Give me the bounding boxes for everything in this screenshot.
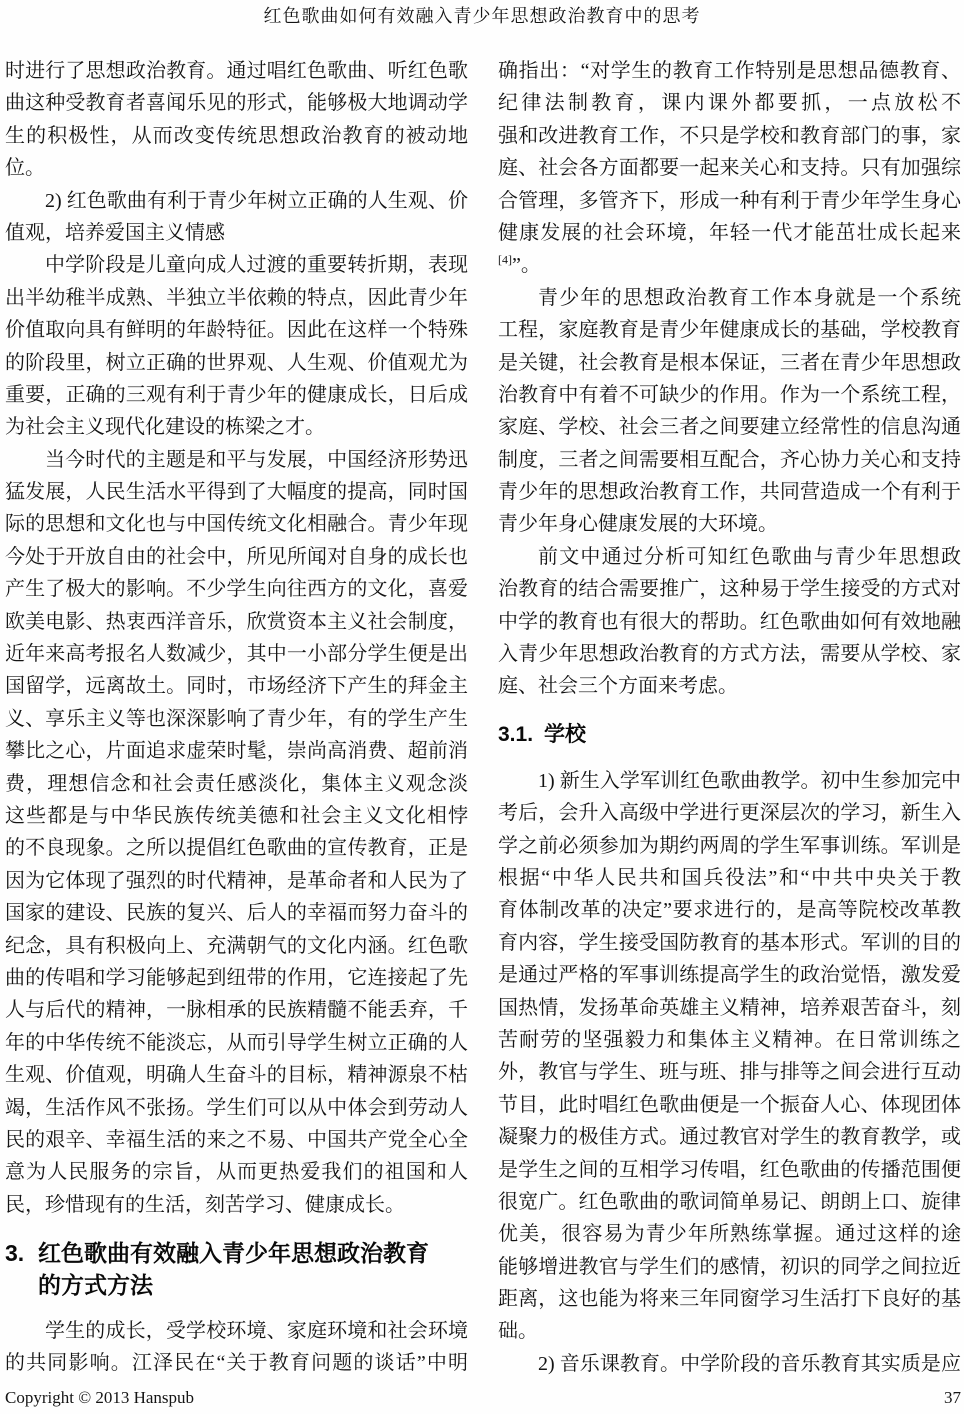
text-line: 纪律法制教育，课内课外都要抓，一点放松不得”，“加 (498, 87, 961, 119)
text-line: 学生的成长，受学校环境、家庭环境和社会环境 (5, 1315, 468, 1347)
text-line: 近年来高考报名人数减少，其中一小部分学生便是出 (5, 638, 468, 670)
text-line: 竭，生活作风不张扬。学生们可以从中体会到劳动人 (5, 1092, 468, 1124)
text-line: 学之前必须参加为期约两周的学生军事训练。军训是 (498, 830, 961, 862)
text-line: 入青少年思想政治教育的方式方法，需要从学校、家 (498, 638, 961, 670)
text-line: 1) 新生入学军训红色歌曲教学。初中生参加完中 (498, 765, 961, 797)
text-line: 曲的传唱和学习能够起到纽带的作用，它连接起了先 (5, 962, 468, 994)
text-line: 年的中华传统不能淡忘，从而引导学生树立正确的人 (5, 1027, 468, 1059)
paragraph: 学生的成长，受学校环境、家庭环境和社会环境的共同影响。江泽民在“关于教育问题的谈… (5, 1315, 468, 1380)
citation-reference: [4] (498, 253, 512, 267)
text-line: 能够增进教官与学生们的感情，初识的同学之间拉近 (498, 1251, 961, 1283)
text-line: 2) 音乐课教育。中学阶段的音乐教育其实质是应 (498, 1348, 961, 1380)
page-number: 37 (944, 1388, 961, 1408)
text-line: 考后，会升入高级中学进行更深层次的学习，新生入 (498, 797, 961, 829)
copyright-notice: Copyright © 2013 Hanspub (5, 1388, 194, 1408)
text-line: 的不良现象。之所以提倡红色歌曲的宣传教育，正是 (5, 832, 468, 864)
section-title-line: 红色歌曲有效融入青少年思想政治教育 (38, 1237, 429, 1269)
text-line: 是学生之间的互相学习传唱，红色歌曲的传播范围便 (498, 1154, 961, 1186)
text-line: 纪念，具有积极向上、充满朝气的文化内涵。红色歌 (5, 930, 468, 962)
text-line: 民，珍惜现有的生活，刻苦学习、健康成长。 (5, 1189, 468, 1221)
text-line: 猛发展，人民生活水平得到了大幅度的提高，同时国 (5, 476, 468, 508)
text-line: 际的思想和文化也与中国传统文化相融合。青少年现 (5, 508, 468, 540)
text-line: 民的艰辛、幸福生活的来之不易、中国共产党全心全 (5, 1124, 468, 1156)
paragraph: 2) 音乐课教育。中学阶段的音乐教育其实质是应 (498, 1348, 961, 1380)
text-line: [4]”。 (498, 249, 961, 281)
text-line: 中学的教育也有很大的帮助。红色歌曲如何有效地融 (498, 606, 961, 638)
paragraph: 前文中通过分析可知红色歌曲与青少年思想政治教育的结合需要推广，这种易于学生接受的… (498, 541, 961, 703)
text-line: 外，教官与学生、班与班、排与排等之间会进行互动 (498, 1056, 961, 1088)
paragraph: 2) 红色歌曲有利于青少年树立正确的人生观、价值观，培养爱国主义情感 (5, 185, 468, 250)
text-line: 育体制改革的决定”要求进行的，是高等院校改革教 (498, 894, 961, 926)
text-line: 出半幼稚半成熟、半独立半依赖的特点，因此青少年 (5, 282, 468, 314)
text-line: 欧美电影、热衷西洋音乐，欣赏资本主义社会制度， (5, 606, 468, 638)
paper-page: 红色歌曲如何有效融入青少年思想政治教育中的思考 时进行了思想政治教育。通过唱红色… (0, 0, 964, 1414)
text-line: 当今时代的主题是和平与发展，中国经济形势迅 (5, 444, 468, 476)
left-column: 时进行了思想政治教育。通过唱红色歌曲、听红色歌曲这种受教育者喜闻乐见的形式，能够… (5, 55, 468, 1380)
text-line: 曲这种受教育者喜闻乐见的形式，能够极大地调动学 (5, 87, 468, 119)
text-line: 因为它体现了强烈的时代精神，是革命者和人民为了 (5, 865, 468, 897)
text-line: 产生了极大的影响。不少学生向往西方的文化，喜爱 (5, 573, 468, 605)
section-number: 3. (5, 1237, 38, 1301)
running-head-title: 红色歌曲如何有效融入青少年思想政治教育中的思考 (0, 0, 964, 27)
text-line: 位。 (5, 152, 468, 184)
section-heading: 3.1.学校 (498, 722, 961, 748)
text-line: 根据“中华人民共和国兵役法”和“中共中央关于教 (498, 862, 961, 894)
section-title: 红色歌曲有效融入青少年思想政治教育的方式方法 (38, 1237, 429, 1301)
paragraph: 1) 新生入学军训红色歌曲教学。初中生参加完中考后，会升入高级中学进行更深层次的… (498, 765, 961, 1348)
section-title: 学校 (544, 722, 586, 748)
text-line: 费，理想信念和社会责任感淡化，集体主义观念淡漠。 (5, 768, 468, 800)
text-line: 苦耐劳的坚强毅力和集体主义精神。在日常训练之 (498, 1024, 961, 1056)
text-line: 合管理，多管齐下，形成一种有利于青少年学生身心 (498, 185, 961, 217)
text-line: 青少年的思想政治教育工作本身就是一个系统 (498, 282, 961, 314)
text-line: 青少年的思想政治教育工作，共同营造成一个有利于 (498, 476, 961, 508)
text-line: 健康发展的社会环境，年轻一代才能茁壮成长起来 (498, 217, 961, 249)
text-line: 础。 (498, 1315, 961, 1347)
text-line: 国留学，远离故土。同时，市场经济下产生的拜金主 (5, 670, 468, 702)
text-line: 值观，培养爱国主义情感 (5, 217, 468, 249)
text-line: 国热情，发扬革命英雄主义精神，培养艰苦奋斗，刻 (498, 992, 961, 1024)
text-line: 2) 红色歌曲有利于青少年树立正确的人生观、价 (5, 185, 468, 217)
text-line: 很宽广。红色歌曲的歌词简单易记、朗朗上口、旋律 (498, 1186, 961, 1218)
text-line: 青少年身心健康发展的大环境。 (498, 508, 961, 540)
text-line: 人与后代的精神，一脉相承的民族精髓不能丢弃，千 (5, 994, 468, 1026)
text-line: 强和改进教育工作，不只是学校和教育部门的事，家 (498, 120, 961, 152)
paragraph: 确指出：“对学生的教育工作特别是思想品德教育、纪律法制教育，课内课外都要抓，一点… (498, 55, 961, 282)
text-line: 是通过严格的军事训练提高学生的政治觉悟，激发爱 (498, 959, 961, 991)
right-column: 确指出：“对学生的教育工作特别是思想品德教育、纪律法制教育，课内课外都要抓，一点… (498, 55, 961, 1380)
section-heading: 3.红色歌曲有效融入青少年思想政治教育的方式方法 (5, 1237, 468, 1301)
text-line: 治教育的结合需要推广，这种易于学生接受的方式对 (498, 573, 961, 605)
text-line: 的阶段里，树立正确的世界观、人生观、价值观尤为 (5, 347, 468, 379)
text-line: 国家的建设、民族的复兴、后人的幸福而努力奋斗的 (5, 897, 468, 929)
text-line: 价值取向具有鲜明的年龄特征。因此在这样一个特殊 (5, 314, 468, 346)
text-line: 生观、价值观，明确人生奋斗的目标，精神源泉不枯 (5, 1059, 468, 1091)
text-line: 重要，正确的三观有利于青少年的健康成长，日后成 (5, 379, 468, 411)
text-line: 工程，家庭教育是青少年健康成长的基础，学校教育 (498, 314, 961, 346)
section-number: 3.1. (498, 722, 544, 748)
two-column-body: 时进行了思想政治教育。通过唱红色歌曲、听红色歌曲这种受教育者喜闻乐见的形式，能够… (0, 55, 964, 1380)
text-line: 攀比之心，片面追求虚荣时髦，崇尚高消费、超前消 (5, 735, 468, 767)
text-line: 确指出：“对学生的教育工作特别是思想品德教育、 (498, 55, 961, 87)
text-line: 优美，很容易为青少年所熟练掌握。通过这样的途径， (498, 1218, 961, 1250)
page-footer: Copyright © 2013 Hanspub 37 (5, 1388, 961, 1408)
text-line: 今处于开放自由的社会中，所见所闻对自身的成长也 (5, 541, 468, 573)
text-line: 的共同影响。江泽民在“关于教育问题的谈话”中明 (5, 1347, 468, 1379)
text-line: 庭、社会各方面都要一起来关心和支持。只有加强综 (498, 152, 961, 184)
paragraph: 中学阶段是儿童向成人过渡的重要转折期，表现出半幼稚半成熟、半独立半依赖的特点，因… (5, 249, 468, 443)
text-line: 距离，这也能为将来三年同窗学习生活打下良好的基 (498, 1283, 961, 1315)
section-title-line: 学校 (544, 722, 586, 748)
text-line: 治教育中有着不可缺少的作用。作为一个系统工程， (498, 379, 961, 411)
paragraph: 时进行了思想政治教育。通过唱红色歌曲、听红色歌曲这种受教育者喜闻乐见的形式，能够… (5, 55, 468, 185)
text-line: 这些都是与中华民族传统美德和社会主义文化相悖 (5, 800, 468, 832)
text-line: 为社会主义现代化建设的栋梁之才。 (5, 411, 468, 443)
text-line: 中学阶段是儿童向成人过渡的重要转折期，表现 (5, 249, 468, 281)
text-line: 生的积极性，从而改变传统思想政治教育的被动地 (5, 120, 468, 152)
text-line: 庭、社会三个方面来考虑。 (498, 670, 961, 702)
paragraph: 当今时代的主题是和平与发展，中国经济形势迅猛发展，人民生活水平得到了大幅度的提高… (5, 444, 468, 1221)
text-line: 义、享乐主义等也深深影响了青少年，有的学生产生 (5, 703, 468, 735)
paragraph: 青少年的思想政治教育工作本身就是一个系统工程，家庭教育是青少年健康成长的基础，学… (498, 282, 961, 541)
text-line: 是关键，社会教育是根本保证，三者在青少年思想政 (498, 347, 961, 379)
text-line: 时进行了思想政治教育。通过唱红色歌曲、听红色歌 (5, 55, 468, 87)
text-line: 家庭、学校、社会三者之间要建立经常性的信息沟通 (498, 411, 961, 443)
text-line: 意为人民服务的宗旨，从而更热爱我们的祖国和人 (5, 1156, 468, 1188)
text-line: 节目，此时唱红色歌曲便是一个振奋人心、体现团体 (498, 1089, 961, 1121)
text-line: 凝聚力的极佳方式。通过教官对学生的教育教学，或 (498, 1121, 961, 1153)
text-line: 育内容，学生接受国防教育的基本形式。军训的目的 (498, 927, 961, 959)
text-line: 制度，三者之间需要相互配合，齐心协力关心和支持 (498, 444, 961, 476)
section-title-line: 的方式方法 (38, 1269, 429, 1301)
text-line: 前文中通过分析可知红色歌曲与青少年思想政 (498, 541, 961, 573)
